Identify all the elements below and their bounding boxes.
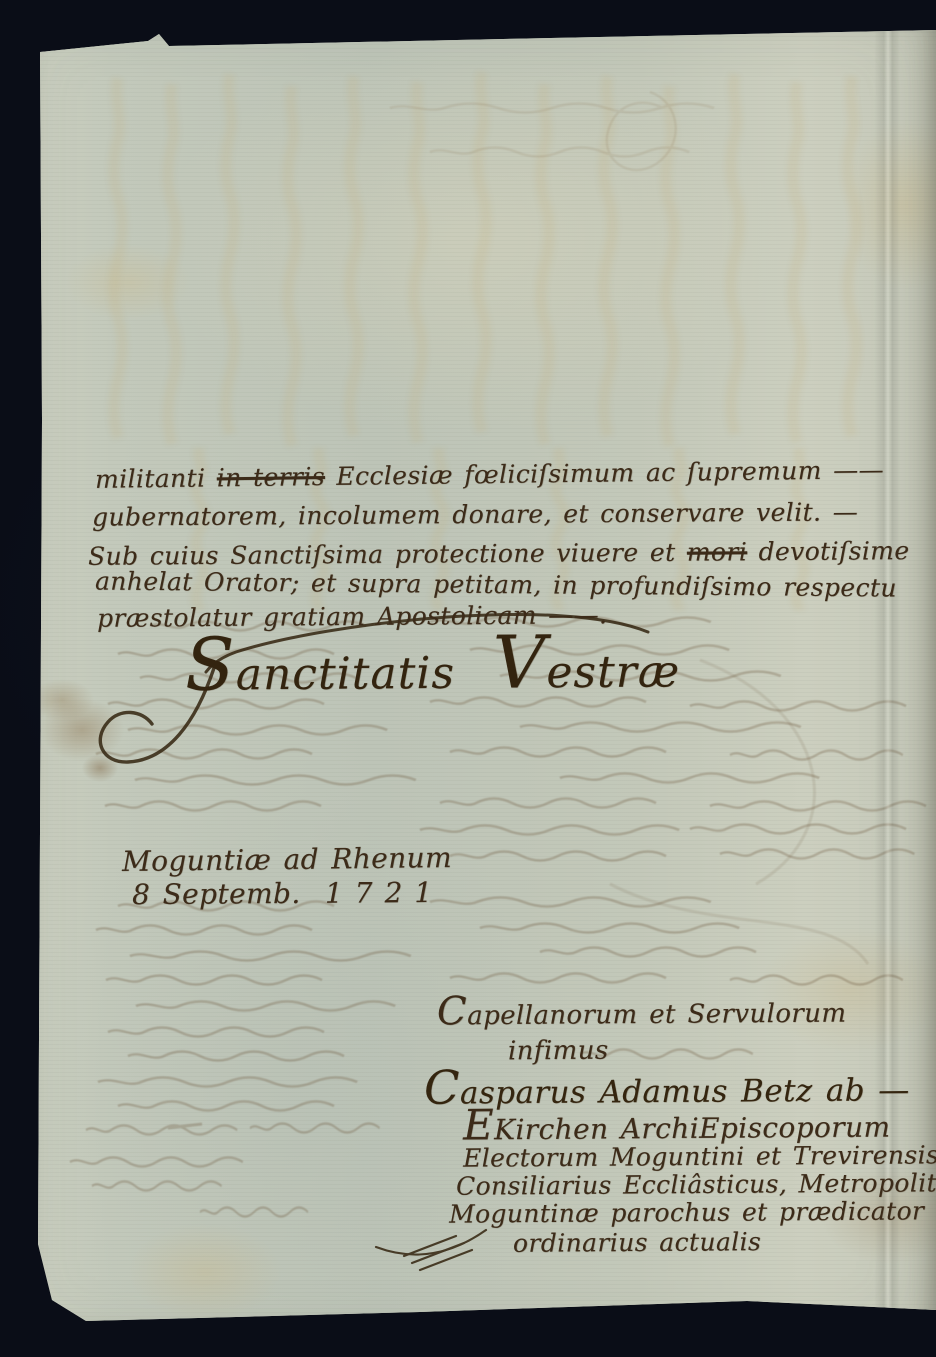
- dateline-year: 1721: [325, 876, 444, 910]
- body-line-3-cont: devotiſsime: [747, 536, 910, 566]
- signature-name: Casparus Adamus Betz ab —: [424, 1072, 910, 1111]
- body-line-2: gubernatorem, incolumem donare, et conse…: [92, 497, 858, 531]
- body-line-1-text: militanti: [95, 463, 217, 493]
- body-line-1: militanti in terris Ecclesiæ fœliciſsimu…: [95, 455, 884, 494]
- dateline-date: 8 Septemb. 1721: [132, 876, 444, 911]
- struck-text: mori: [687, 537, 748, 566]
- dateline-place: Moguntiæ ad Rhenum: [122, 841, 452, 878]
- signature-flourish: [376, 1230, 486, 1270]
- salutation-word-1: Sanctitatis: [185, 648, 455, 701]
- struck-text: in terris: [217, 462, 326, 492]
- dateline-day-month: 8 Septemb.: [132, 877, 301, 911]
- bleedthrough-flourishes: [610, 660, 868, 964]
- faint-top-inscription: [390, 92, 714, 170]
- manuscript-page: militanti in terris Ecclesiæ fœliciſsimu…: [0, 0, 936, 1357]
- salutation: Sanctitatis Vestræ: [185, 646, 680, 700]
- body-line-3: Sub cuius Sanctiſsima protectione viuere…: [88, 536, 910, 571]
- body-line-1-cont: Ecclesiæ fœliciſsimum ac ſupremum ——: [325, 455, 884, 491]
- signature-line-3: Electorum Moguntini et Trevirensis: [463, 1140, 936, 1172]
- closing-line-2: infimus: [508, 1036, 609, 1067]
- body-line-3-text: Sub cuius Sanctiſsima protectione viuere…: [88, 538, 687, 571]
- signature-line-5: Moguntinæ parochus et prædicator: [449, 1196, 925, 1228]
- body-line-4: anhelat Orator; et supra petitam, in pro…: [95, 567, 897, 603]
- salutation-word-2: Vestræ: [493, 646, 680, 698]
- closing-line-1: Capellanorum et Servulorum: [437, 999, 847, 1032]
- signature-line-6: ordinarius actualis: [513, 1227, 761, 1258]
- scan-backdrop: militanti in terris Ecclesiæ fœliciſsimu…: [0, 0, 936, 1357]
